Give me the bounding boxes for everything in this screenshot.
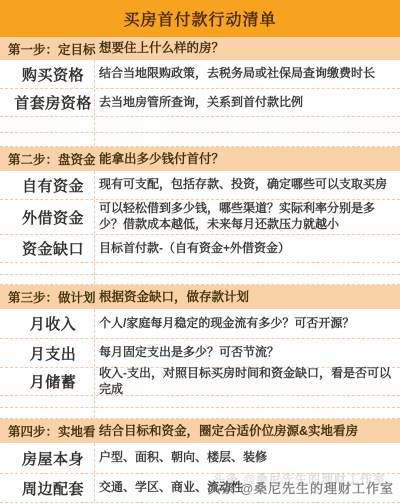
table-row: 自有资金 现有可支配，包括存款、投资，确定哪些可以支取买房: [0, 171, 400, 200]
section-header-row: 第三步：做计划 根据资金缺口，做存款计划: [0, 285, 400, 309]
row-label: 资金缺口: [0, 235, 95, 262]
row-label: 月支出: [0, 339, 95, 367]
row-desc: 收入-支出，对照目标买房时间和资金缺口，看是否可以完成: [95, 365, 400, 398]
section-step-label: 第一步：定目标: [0, 37, 95, 60]
table-row: 月储蓄 收入-支出，对照目标买房时间和资金缺口，看是否可以完成: [0, 368, 400, 396]
table-row: 购买资格 结合当地限购政策，去税务局或社保局查询缴费时长: [0, 60, 400, 89]
section-step-desc: 根据资金缺口，做存款计划: [95, 288, 400, 306]
watermark: 头条 @桑尼先生的理财工作室: [208, 478, 394, 497]
page-title: 买房首付款行动清单: [123, 7, 276, 30]
grid-line: [0, 274, 400, 275]
row-desc: 户型、面积、朝向、楼层、装修: [95, 449, 400, 467]
row-label: 房屋本身: [0, 443, 95, 473]
section-header-row: 第二步：盘资金 能拿出多少钱付首付？: [0, 147, 400, 171]
table-row: 资金缺口 目标首付款-（自有资金+外借资金）: [0, 235, 400, 263]
section-step-label: 第二步：盘资金: [0, 147, 95, 171]
spacer-row: [0, 117, 400, 147]
row-label: 周边配套: [0, 474, 95, 502]
section-step-label: 第三步：做计划: [0, 285, 95, 309]
section-step-label: 第四步：实地看: [0, 419, 95, 443]
grid-line: [0, 407, 400, 408]
checklist-page: 买房首付款行动清单 第一步：定目标 想要住上什么样的房？ 购买资格 结合当地限购…: [0, 0, 400, 504]
table-row: 月支出 每月固定支出是多少？可否节流？: [0, 339, 400, 368]
spacer-row: [0, 396, 400, 419]
row-desc: 每月固定支出是多少？可否节流？: [95, 344, 400, 362]
table-row: 首套房资格 去当地房管所查询，关系到首付款比例: [0, 89, 400, 117]
spacer-row: [0, 263, 400, 285]
row-desc: 去当地房管所查询，关系到首付款比例: [95, 94, 400, 112]
row-desc: 现有可支配，包括存款、投资，确定哪些可以支取买房: [95, 176, 400, 194]
section-step-desc: 能拿出多少钱付首付？: [95, 150, 400, 168]
row-label: 自有资金: [0, 171, 95, 199]
section-step-desc: 结合目标和资金，圈定合适价位房源&实地看房: [95, 422, 400, 440]
row-label: 外借资金: [0, 200, 95, 234]
table-row: 外借资金 可以轻松借到多少钱，哪些渠道？实际利率分别是多少？借款成本越低，未来每…: [0, 200, 400, 235]
row-desc: 个人/家庭每月稳定的现金流有多少？可否开源？: [95, 315, 400, 333]
table-row: 月收入 个人/家庭每月稳定的现金流有多少？可否开源？: [0, 309, 400, 339]
section-step-desc: 想要住上什么样的房？: [95, 39, 400, 57]
section-header-row: 第四步：实地看 结合目标和资金，圈定合适价位房源&实地看房: [0, 419, 400, 443]
row-label: 月收入: [0, 309, 95, 338]
row-label: 首套房资格: [0, 89, 95, 116]
row-desc: 结合当地限购政策，去税务局或社保局查询缴费时长: [95, 65, 400, 83]
row-desc: 目标首付款-（自有资金+外借资金）: [95, 240, 400, 258]
row-desc: 可以轻松借到多少钱，哪些渠道？实际利率分别是多少？借款成本越低，未来每月还款压力…: [95, 200, 400, 233]
row-label: 购买资格: [0, 60, 95, 88]
grid-line: [0, 132, 400, 133]
row-label: 月储蓄: [0, 368, 95, 395]
title-bar: 买房首付款行动清单: [0, 0, 400, 37]
section-header-row: 第一步：定目标 想要住上什么样的房？: [0, 37, 400, 60]
